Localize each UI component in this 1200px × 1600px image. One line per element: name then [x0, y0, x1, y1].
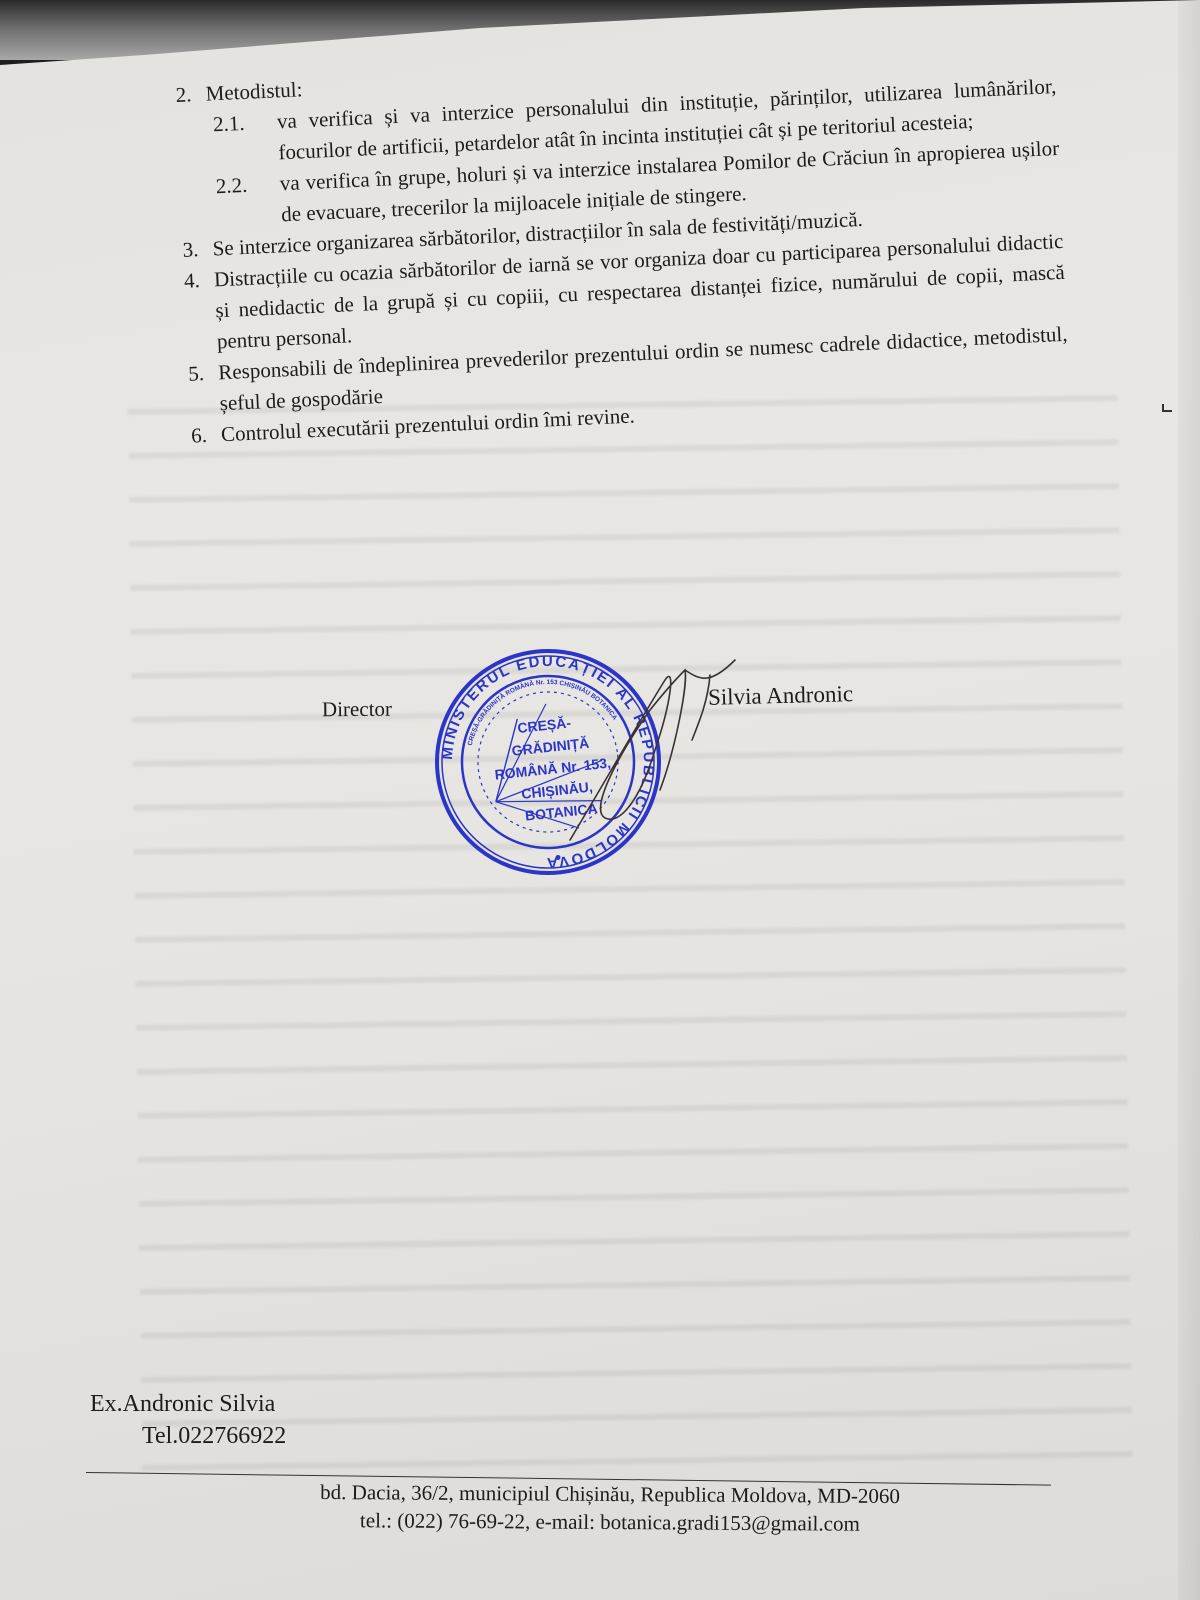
- page-edge: [1178, 0, 1200, 1600]
- item-number: 3.: [182, 233, 213, 265]
- signer-name: Silvia Andronic: [708, 681, 854, 711]
- bleed-through-text: [127, 373, 1132, 1487]
- executor-block: Ex.Andronic Silvia Tel.022766922: [90, 1388, 286, 1452]
- subitem-number: 2.2.: [215, 168, 282, 233]
- item-number: 5.: [188, 357, 221, 420]
- footer: bd. Dacia, 36/2, municipiul Chișinău, Re…: [200, 1477, 1020, 1539]
- item-number: 4.: [183, 264, 217, 358]
- document-page: 2. Metodistul: 2.1. va verifica și va in…: [0, 0, 1200, 1600]
- footer-address: bd. Dacia, 36/2, municipiul Chișinău, Re…: [200, 1477, 1020, 1511]
- executor-name: Ex.Andronic Silvia: [90, 1388, 286, 1420]
- handwritten-signature-icon: [560, 640, 760, 850]
- signer-role: Director: [322, 697, 392, 723]
- footer-contact: tel.: (022) 76-69-22, e-mail: botanica.g…: [200, 1505, 1020, 1539]
- executor-phone: Tel.022766922: [90, 1420, 286, 1452]
- item-number: 6.: [190, 419, 221, 451]
- subitem-number: 2.1.: [212, 106, 279, 171]
- order-provisions: 2. Metodistul: 2.1. va verifica și va in…: [175, 40, 1071, 452]
- item-number: 2.: [175, 79, 206, 111]
- page-corner-mark: [1162, 404, 1172, 412]
